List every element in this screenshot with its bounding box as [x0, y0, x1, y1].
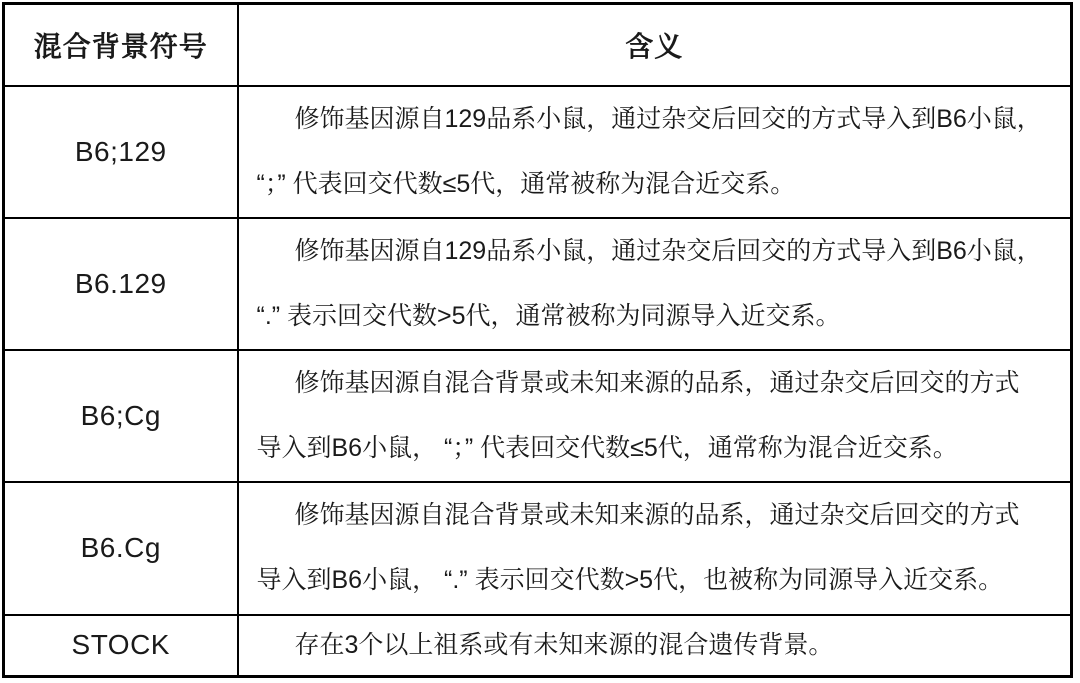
table-row: STOCK存在3个以上祖系或有未知来源的混合遗传背景。: [4, 615, 1072, 677]
background-symbol-table: 混合背景符号 含义 B6;129修饰基因源自129品系小鼠，通过杂交后回交的方式…: [2, 2, 1073, 678]
header-meaning: 含义: [238, 4, 1072, 86]
meaning-line: 修饰基因源自混合背景或未知来源的品系，通过杂交后回交的方式: [257, 483, 1053, 548]
header-row: 混合背景符号 含义: [4, 4, 1072, 86]
meaning-line: “；” 代表回交代数≤5代，通常被称为混合近交系。: [257, 152, 1053, 217]
meaning-cell: 存在3个以上祖系或有未知来源的混合遗传背景。: [238, 615, 1072, 677]
meaning-line: “.” 表示回交代数>5代，通常被称为同源导入近交系。: [257, 284, 1053, 349]
meaning-line: 修饰基因源自129品系小鼠，通过杂交后回交的方式导入到B6小鼠，: [257, 219, 1053, 284]
meaning-cell: 修饰基因源自129品系小鼠，通过杂交后回交的方式导入到B6小鼠，“；” 代表回交…: [238, 86, 1072, 218]
symbol-cell: STOCK: [4, 615, 238, 677]
meaning-line: 导入到B6小鼠， “.” 表示回交代数>5代，也被称为同源导入近交系。: [257, 548, 1053, 613]
meaning-line: 导入到B6小鼠， “；” 代表回交代数≤5代，通常称为混合近交系。: [257, 416, 1053, 481]
table-body: B6;129修饰基因源自129品系小鼠，通过杂交后回交的方式导入到B6小鼠，“；…: [4, 86, 1072, 677]
table-row: B6.129修饰基因源自129品系小鼠，通过杂交后回交的方式导入到B6小鼠，“.…: [4, 218, 1072, 350]
meaning-cell: 修饰基因源自129品系小鼠，通过杂交后回交的方式导入到B6小鼠，“.” 表示回交…: [238, 218, 1072, 350]
meaning-line: 修饰基因源自129品系小鼠，通过杂交后回交的方式导入到B6小鼠，: [257, 87, 1053, 152]
meaning-cell: 修饰基因源自混合背景或未知来源的品系，通过杂交后回交的方式导入到B6小鼠， “.…: [238, 482, 1072, 615]
symbol-cell: B6.129: [4, 218, 238, 350]
table-row: B6;129修饰基因源自129品系小鼠，通过杂交后回交的方式导入到B6小鼠，“；…: [4, 86, 1072, 218]
meaning-line: 修饰基因源自混合背景或未知来源的品系，通过杂交后回交的方式: [257, 351, 1053, 416]
symbol-cell: B6;129: [4, 86, 238, 218]
meaning-cell: 修饰基因源自混合背景或未知来源的品系，通过杂交后回交的方式导入到B6小鼠， “；…: [238, 350, 1072, 482]
header-symbol: 混合背景符号: [4, 4, 238, 86]
symbol-cell: B6.Cg: [4, 482, 238, 615]
table-row: B6.Cg修饰基因源自混合背景或未知来源的品系，通过杂交后回交的方式导入到B6小…: [4, 482, 1072, 615]
symbol-cell: B6;Cg: [4, 350, 238, 482]
table-row: B6;Cg修饰基因源自混合背景或未知来源的品系，通过杂交后回交的方式导入到B6小…: [4, 350, 1072, 482]
meaning-line: 存在3个以上祖系或有未知来源的混合遗传背景。: [257, 630, 1053, 660]
page: 混合背景符号 含义 B6;129修饰基因源自129品系小鼠，通过杂交后回交的方式…: [0, 0, 1080, 683]
